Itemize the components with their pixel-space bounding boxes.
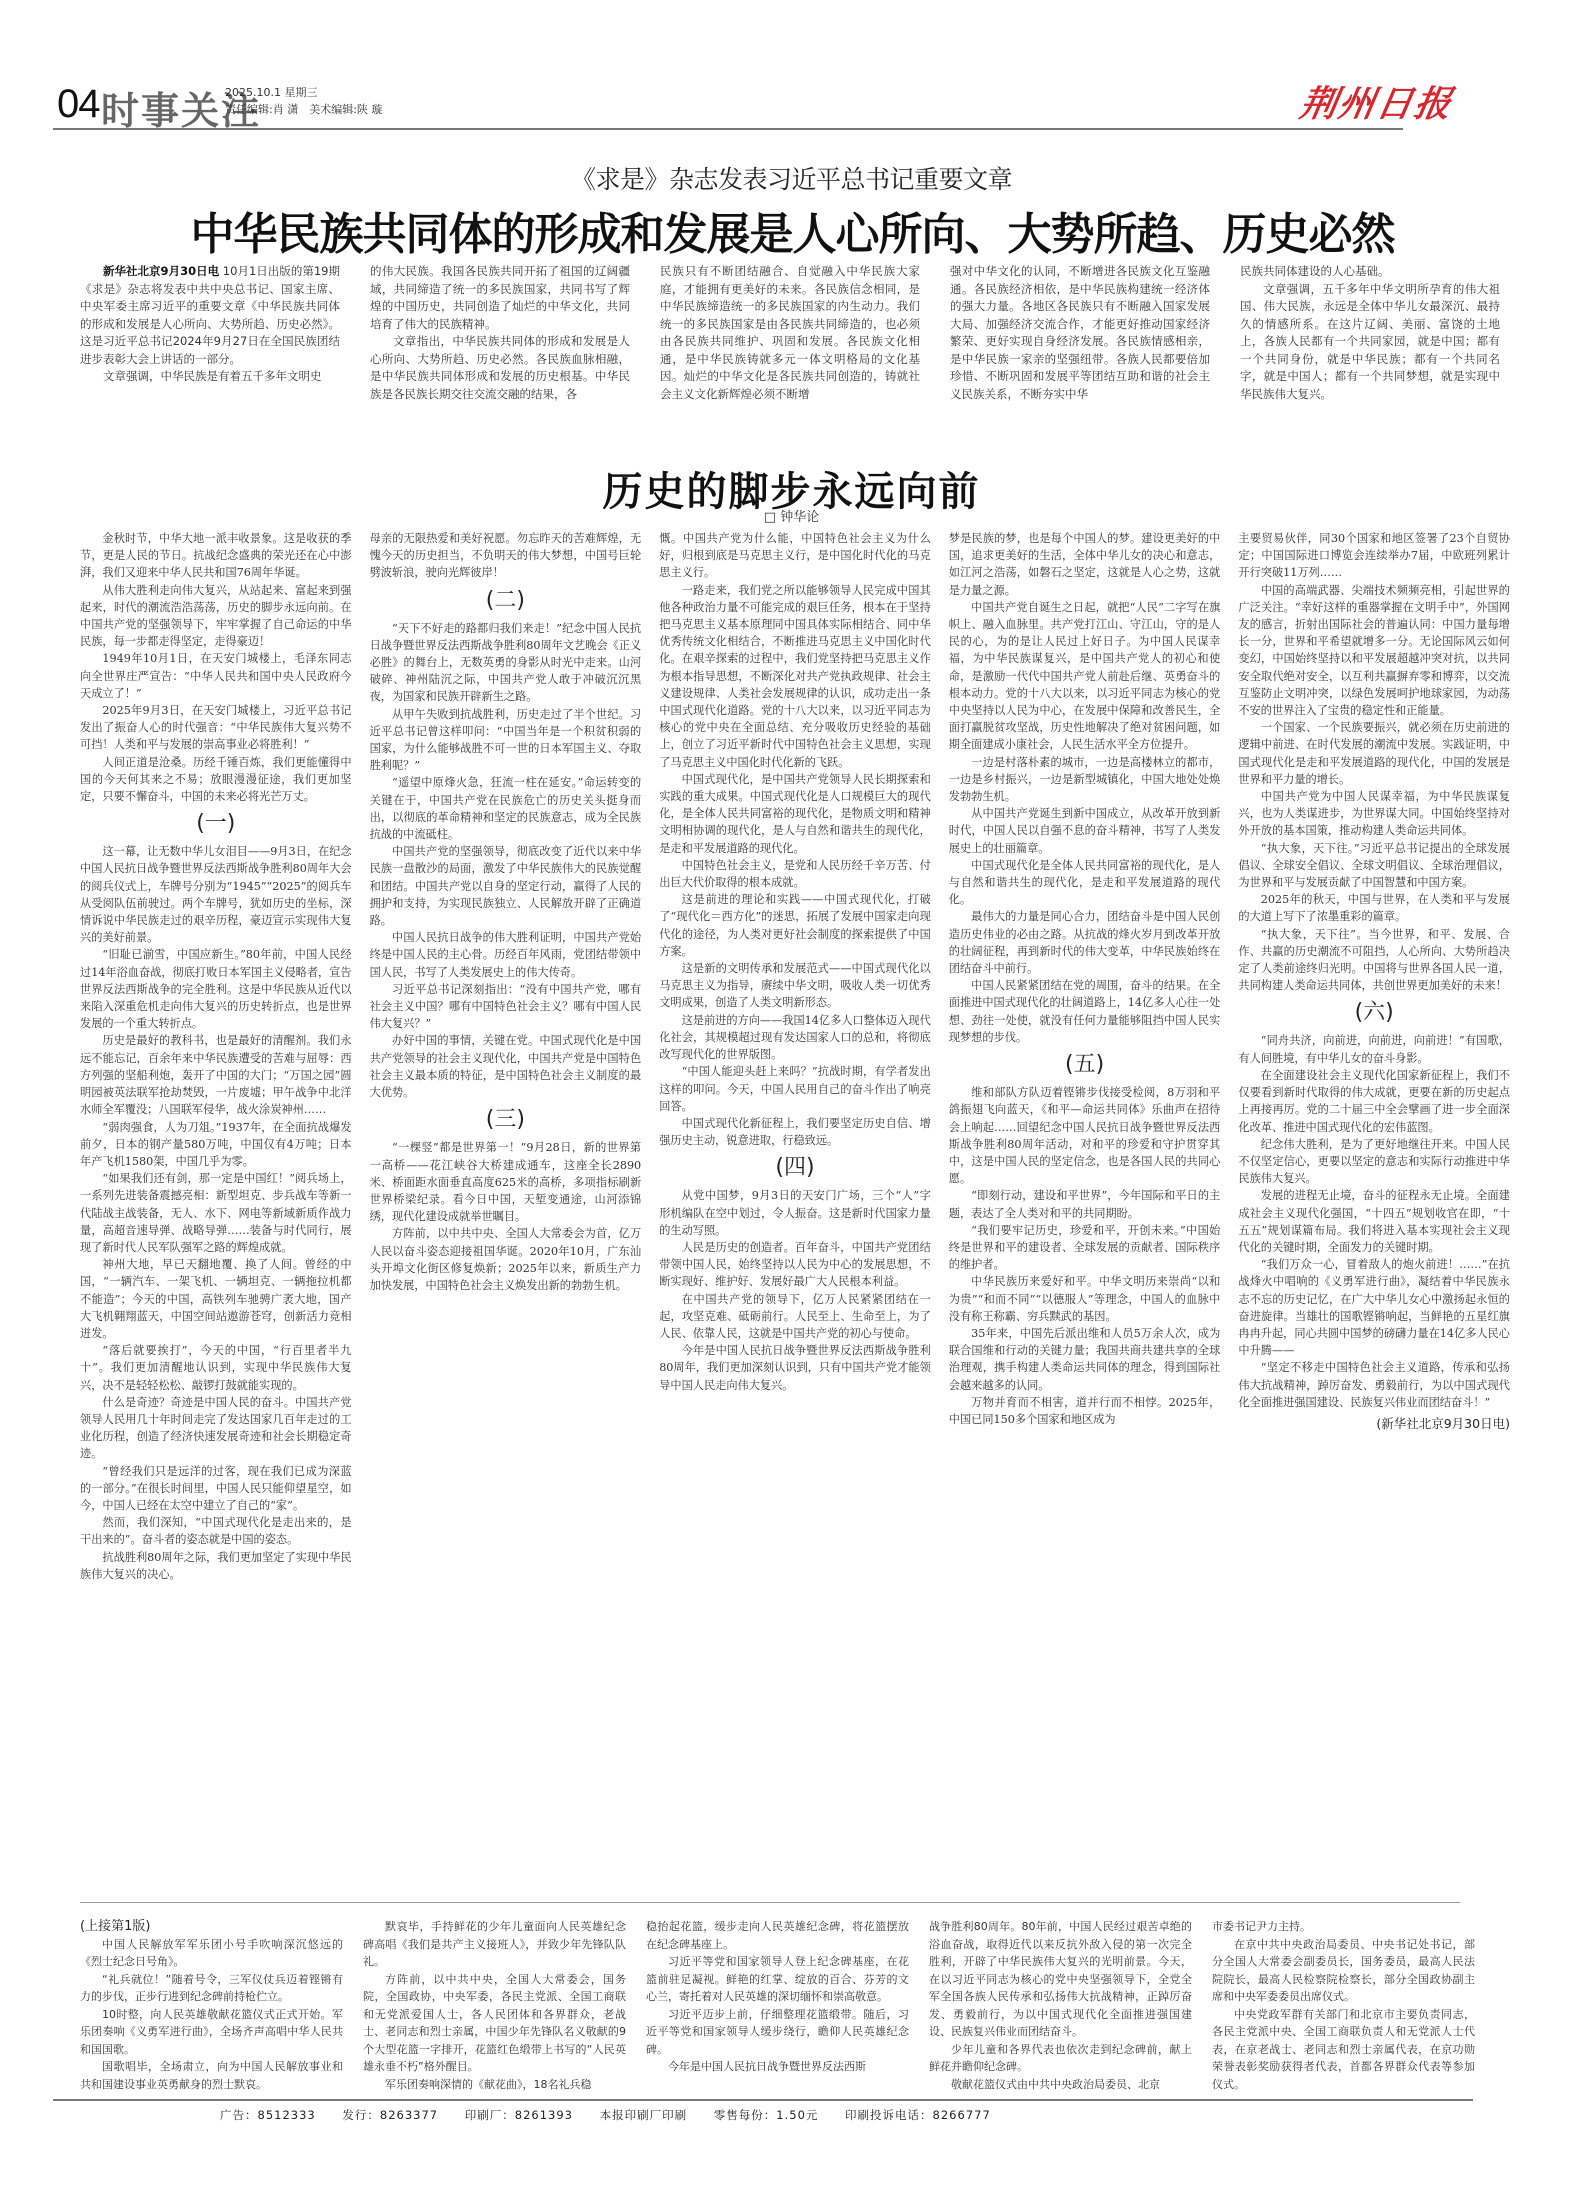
lead-column-1: 新华社北京9月30日电 10月1日出版的第19期《求是》杂志将发表中共中央总书记… (80, 263, 340, 403)
paragraph: 2025年9月3日，在天安门城楼上，习近平总书记发出了振奋人心的时代强音：“中华… (80, 702, 352, 754)
jump-article-body: (上接第1版) 中国人民解放军军乐团小号手吹响深沉悠远的《烈士纪念日号角》。 “… (80, 1918, 1475, 2093)
paragraph: 的伟大民族。我国各民族共同开拓了祖国的辽阔疆域，共同缔造了统一的多民族国家，共同… (370, 263, 630, 333)
complaint-phone: 印刷投诉电话：8266777 (845, 2108, 991, 2122)
feature-column-5: 主要贸易伙伴，同30个国家和地区签署了23个自贸协定；中国国际进口博览会连续举办… (1238, 530, 1510, 1860)
paragraph: 文章强调，中华民族是有着五千多年文明史 (80, 368, 340, 386)
paragraph: 中国共产党自诞生之日起，就把“人民”二字写在旗帜上、融入血脉里。共产党打江山、守… (949, 599, 1221, 754)
lead-article-body: 新华社北京9月30日电 10月1日出版的第19期《求是》杂志将发表中共中央总书记… (80, 263, 1510, 403)
paragraph: 习近平迈步上前，仔细整理花篮缎带。随后，习近平等党和国家领导人缓步绕行，瞻仰人民… (646, 2006, 909, 2059)
paragraph: 这是前进的方向——我国14亿多人口整体迈入现代化社会，其规模超过现有发达国家人口… (659, 1012, 931, 1064)
paragraph: “我们万众一心，冒着敌人的炮火前进！……”在抗战烽火中唱响的《义勇军进行曲》，凝… (1238, 1256, 1510, 1359)
paragraph: 1949年10月1日，在天安门城楼上，毛泽东同志向全世界庄严宣告：“中华人民共和… (80, 650, 352, 702)
paragraph: 这是前进的理论和实践——中国式现代化，打破了“现代化＝西方化”的迷思，拓展了发展… (659, 891, 931, 960)
paragraph: 文章指出，中华民族共同体的形成和发展是人心所向、大势所趋、历史必然。各民族血脉相… (370, 333, 630, 403)
paragraph: 今年是中国人民抗日战争暨世界反法西斯 (646, 2058, 909, 2076)
section-heading-3: (三) (370, 1101, 642, 1139)
paragraph: “曾经我们只是远洋的过客，现在我们已成为深蓝的一部分。”在很长时间里，中国人民只… (80, 1463, 352, 1515)
paragraph: 从伟大胜利走向伟大复兴，从站起来、富起来到强起来，时代的潮流浩浩荡荡，历史的脚步… (80, 582, 352, 651)
jump-column-2: 默哀毕，手持鲜花的少年儿童面向人民英雄纪念碑高唱《我们是共产主义接班人》，并致少… (363, 1918, 626, 2093)
paragraph: 历史是最好的教科书，也是最好的清醒剂。我们永远不能忘记，百余年来中华民族遭受的苦… (80, 1032, 352, 1118)
paragraph: 从甲午失败到抗战胜利，历史走过了半个世纪。习近平总书记曾这样叩问：“中国当年是一… (370, 706, 642, 775)
section-heading-4: (四) (659, 1149, 931, 1187)
paragraph: 军乐团奏响深情的《献花曲》，18名礼兵稳 (363, 2076, 626, 2094)
paragraph: 习近平等党和国家领导人登上纪念碑基座，在花篮前驻足凝视。鲜艳的红掌、绽放的百合、… (646, 1953, 909, 2006)
paragraph: 民族共同体建设的人心基础。 (1240, 263, 1500, 281)
page-number: 04 (57, 82, 100, 127)
feature-article-body: 金秋时节，中华大地一派丰收景象。这是收获的季节，更是人民的节日。抗战纪念盛典的荣… (80, 530, 1510, 1860)
paragraph: 今年是中国人民抗日战争暨世界反法西斯战争胜利80周年，我们更加深刻认识到，只有中… (659, 1342, 931, 1394)
section-heading-6: (六) (1238, 994, 1510, 1032)
footer-divider (53, 2099, 1473, 2101)
jump-column-4: 战争胜利80周年。80年前，中国人民经过艰苦卓绝的浴血奋战，取得近代以来反抗外敌… (929, 1918, 1192, 2093)
paragraph: 在京中共中央政治局委员、中央书记处书记，部分全国人大常委会副委员长，国务委员，最… (1212, 1936, 1475, 2006)
paragraph: 纪念伟大胜利，是为了更好地继往开来。中国人民不仅坚定信心，更要以坚定的意志和实际… (1238, 1136, 1510, 1188)
paragraph: “落后就要挨打”，今天的中国，“行百里者半九十”。我们更加清醒地认识到，实现中华… (80, 1342, 352, 1394)
paragraph: 稳抬起花篮，缓步走向人民英雄纪念碑，将花篮摆放在纪念碑基座上。 (646, 1918, 909, 1953)
paragraph: 中国人民紧紧团结在党的周围，奋斗的结果。在全面推进中国式现代化的壮阔道路上，14… (949, 977, 1221, 1046)
newspaper-logo: 荆州日报 (1296, 76, 1457, 127)
paragraph: 人民是历史的创造者。百年奋斗，中国共产党团结带领中国人民，始终坚持以人民为中心的… (659, 1239, 931, 1291)
jump-column-3: 稳抬起花篮，缓步走向人民英雄纪念碑，将花篮摆放在纪念碑基座上。 习近平等党和国家… (646, 1918, 909, 2093)
paragraph: 这是新的文明传承和发展范式——中国式现代化以马克思主义为指导，赓续中华文明，吸收… (659, 960, 931, 1012)
paragraph: 从中国共产党诞生到新中国成立，从改革开放到新时代，中国人民以自强不息的奋斗精神，… (949, 805, 1221, 857)
paragraph: 中国人民抗日战争的伟大胜利证明，中国共产党始终是中国人民的主心骨。历经百年风雨，… (370, 929, 642, 981)
paragraph: 从党中国梦，9月3日的天安门广场，三个“人”字形机编队在空中划过，令人振奋。这是… (659, 1187, 931, 1239)
paragraph: 这一幕，让无数中华儿女泪目——9月3日，在纪念中国人民抗日战争暨世界反法西斯战争… (80, 843, 352, 946)
paragraph: “如果我们还有剑，那一定是中国红！”阅兵场上，一系列先进装备震撼亮相：新型坦克、… (80, 1170, 352, 1256)
paragraph: “执大象，天下往”。当今世界，和平、发展、合作、共赢的历史潮流不可阻挡，人心所向… (1238, 926, 1510, 995)
paragraph: “中国人能迎头赶上来吗？”抗战时期，有学者发出这样的叩问。今天，中国人民用自己的… (659, 1063, 931, 1115)
paragraph: 抗战胜利80周年之际，我们更加坚定了实现中华民族伟大复兴的决心。 (80, 1549, 352, 1583)
paragraph: “弱肉强食，人为刀俎。”1937年，在全面抗战爆发前夕，日本的钢产量580万吨，… (80, 1119, 352, 1171)
paragraph: 民族只有不断团结融合、自觉融入中华民族大家庭，才能拥有更美好的未来。各民族信念相… (660, 263, 920, 403)
article-signoff: (新华社北京9月30日电) (1238, 1415, 1510, 1432)
paragraph: 中国的高端武器、尖端技术频频亮相，引起世界的广泛关注。“幸好这样的重器掌握在文明… (1238, 582, 1510, 720)
paragraph: 中国人民解放军军乐团小号手吹响深沉悠远的《烈士纪念日号角》。 (80, 1936, 343, 1971)
printer-phone: 印刷厂：8261393 (465, 2108, 573, 2122)
paragraph: 敬献花篮仪式由中共中央政治局委员、北京 (929, 2076, 1192, 2094)
paragraph: 中国式现代化是全体人民共同富裕的现代化，是人与自然和谐共生的现代化，是走和平发展… (949, 857, 1221, 909)
feature-column-3: 慨。中国共产党为什么能，中国特色社会主义为什么好，归根到底是马克思主义行，是中国… (659, 530, 931, 1860)
paragraph: “天下不好走的路都归我们来走！”纪念中国人民抗日战争暨世界反法西斯战争胜利80周… (370, 620, 642, 706)
paragraph: 战争胜利80周年。80年前，中国人民经过艰苦卓绝的浴血奋战，取得近代以来反抗外敌… (929, 1918, 1192, 2041)
paragraph: “执大象，天下往。”习近平总书记提出的全球发展倡议、全球安全倡议、全球文明倡议、… (1238, 840, 1510, 892)
paragraph: 最伟大的力量是同心合力，团结奋斗是中国人民创造历史伟业的必由之路。从抗战的烽火岁… (949, 908, 1221, 977)
paragraph: 母亲的无限热爱和美好祝愿。勿忘昨天的苦难辉煌，无愧今天的历史担当，不负明天的伟大… (370, 530, 642, 582)
paragraph: 国歌唱毕，全场肃立，向为中国人民解放事业和共和国建设事业英勇献身的烈士默哀。 (80, 2058, 343, 2093)
paragraph: 然而，我们深知，“中国式现代化是走出来的，是干出来的”。奋斗者的姿态就是中国的姿… (80, 1514, 352, 1548)
printed-by: 本报印刷厂印刷 (600, 2108, 688, 2122)
paragraph: 中央党政军群有关部门和北京市主要负责同志，各民主党派中央、全国工商联负责人和无党… (1212, 2006, 1475, 2094)
jump-column-5: 市委书记尹力主持。 在京中共中央政治局委员、中央书记处书记，部分全国人大常委会副… (1212, 1918, 1475, 2093)
paragraph: 一路走来，我们党之所以能够领导人民完成中国其他各种政治力量不可能完成的艰巨任务，… (659, 582, 931, 771)
section-heading-5: (五) (949, 1046, 1221, 1084)
paragraph: “遥望中原烽火急，狂流一柱在延安。”命运转变的关键在于，中国共产党在民族危亡的历… (370, 774, 642, 843)
paragraph: 35年来，中国先后派出维和人员5万余人次，成为联合国维和行动的关键力量；我国共商… (949, 1325, 1221, 1394)
lead-headline: 中华民族共同体的形成和发展是人心所向、大势所趋、历史必然 (75, 198, 1510, 262)
paragraph: 文章强调，五千多年中华文明所孕育的伟大祖国、伟大民族，永远是全体中华儿女最深沉、… (1240, 281, 1500, 404)
lead-column-5: 民族共同体建设的人心基础。 文章强调，五千多年中华文明所孕育的伟大祖国、伟大民族… (1240, 263, 1500, 403)
paragraph: 中国共产党为中国人民谋幸福，为中华民族谋复兴，也为人类谋进步，为世界谋大同。中国… (1238, 788, 1510, 840)
feature-column-1: 金秋时节，中华大地一派丰收景象。这是收获的季节，更是人民的节日。抗战纪念盛典的荣… (80, 530, 352, 1860)
paragraph: 中国特色社会主义，是党和人民历经千辛万苦、付出巨大代价取得的根本成就。 (659, 857, 931, 891)
feature-column-2: 母亲的无限热爱和美好祝愿。勿忘昨天的苦难辉煌，无愧今天的历史担当，不负明天的伟大… (370, 530, 642, 1860)
paragraph: 一个国家、一个民族要振兴，就必须在历史前进的逻辑中前进、在时代发展的潮流中发展。… (1238, 719, 1510, 788)
lead-column-2: 的伟大民族。我国各民族共同开拓了祖国的辽阔疆域，共同缔造了统一的多民族国家，共同… (370, 263, 630, 403)
paragraph: 神州大地，早已天翻地覆、换了人间。曾经的中国，“一辆汽车、一架飞机、一辆坦克、一… (80, 1256, 352, 1342)
paragraph: 维和部队方队迈着铿锵步伐接受检阅，8万羽和平鸽振翅飞向蓝天，《和平—命运共同体》… (949, 1084, 1221, 1187)
paragraph: 少年儿童和各界代表也依次走到纪念碑前，献上鲜花并瞻仰纪念碑。 (929, 2041, 1192, 2076)
continued-from-label: (上接第1版) (80, 1918, 343, 1936)
ad-phone: 广告：8512333 (220, 2108, 316, 2122)
paragraph: 习近平总书记深刻指出：“没有中国共产党，哪有社会主义中国？哪有中国特色社会主义？… (370, 981, 642, 1033)
lead-kicker: 《求是》杂志发表习近平总书记重要文章 (0, 160, 1583, 196)
section-heading-2: (二) (370, 582, 642, 620)
paragraph: 方阵前，以中共中央，全国人大常委会，国务院，全国政协，中央军委，各民主党派、全国… (363, 1971, 626, 2076)
editor-credits: 责任编辑:肖 潇 美术编辑:陕 璇 (225, 101, 382, 118)
paragraph: “即刻行动，建设和平世界”，今年国际和平日的主题，表达了全人类对和平的共同期盼。 (949, 1187, 1221, 1221)
section-divider (80, 1902, 1460, 1903)
paragraph: 在全面建设社会主义现代化国家新征程上，我们不仅要看到新时代取得的伟大成就，更要在… (1238, 1067, 1510, 1136)
paragraph: 中国式现代化，是中国共产党领导人民长期探索和实践的重大成果。中国式现代化是人口规… (659, 771, 931, 857)
section-heading-1: (一) (80, 805, 352, 843)
retail-price: 零售每份：1.50元 (714, 2108, 819, 2122)
issue-info: 2025.10.1 星期三 责任编辑:肖 潇 美术编辑:陕 璇 (225, 84, 382, 118)
feature-column-4: 梦是民族的梦，也是每个中国人的梦。建设更美好的中国，追求更美好的生活，全体中华儿… (949, 530, 1221, 1860)
paragraph: 万物并育而不相害，道并行而不相悖。2025年，中国已同150多个国家和地区成为 (949, 1394, 1221, 1428)
paragraph: “礼兵就位！”随着号令，三军仪仗兵迈着铿锵有力的步伐，正步行进到纪念碑前持枪伫立… (80, 1971, 343, 2006)
feature-byline: □ 钟华论 (0, 506, 1583, 525)
dateline: 新华社北京9月30日电 (103, 264, 219, 278)
paragraph: “我们要牢记历史，珍爱和平，开创未来。”中国始终是世界和平的建设者、全球发展的贡… (949, 1222, 1221, 1274)
masthead: 04 时事关注 2025.10.1 星期三 责任编辑:肖 潇 美术编辑:陕 璇 … (53, 78, 1473, 128)
distribution-phone: 发行：8263377 (342, 2108, 438, 2122)
paragraph: “坚定不移走中国特色社会主义道路，传承和弘扬伟大抗战精神，踔厉奋发、勇毅前行，为… (1238, 1359, 1510, 1411)
paragraph: 默哀毕，手持鲜花的少年儿童面向人民英雄纪念碑高唱《我们是共产主义接班人》，并致少… (363, 1918, 626, 1971)
paragraph: “一棵竖”都是世界第一！”9月28日，新的世界第一高桥——花江峡谷大桥建成通车，… (370, 1139, 642, 1225)
paragraph: 强对中华文化的认同，不断增进各民族文化互鉴融通。各民族经济相依，是中华民族构建统… (950, 263, 1210, 403)
footer: 广告：8512333 发行：8263377 印刷厂：8261393 本报印刷厂印… (220, 2107, 1013, 2123)
paragraph: 方阵前，以中共中央、全国人大常委会为首，亿万人民以奋斗姿态迎接祖国华诞。2020… (370, 1225, 642, 1294)
paragraph: 梦是民族的梦，也是每个中国人的梦。建设更美好的中国，追求更美好的生活，全体中华儿… (949, 530, 1221, 599)
jump-column-1: (上接第1版) 中国人民解放军军乐团小号手吹响深沉悠远的《烈士纪念日号角》。 “… (80, 1918, 343, 2093)
paragraph: 中国式现代化新征程上，我们要坚定历史自信、增强历史主动，锐意进取，行稳致远。 (659, 1115, 931, 1149)
paragraph: 10月1日出版的第19期《求是》杂志将发表中共中央总书记、国家主席、中央军委主席… (80, 264, 340, 366)
paragraph: “同舟共济，向前进，向前进，向前进！”有国歌，有人间胜境，有中华儿女的奋斗身影。 (1238, 1032, 1510, 1066)
paragraph: 2025年的秋天，中国与世界，在人类和平与发展的大道上写下了浓墨重彩的篇章。 (1238, 891, 1510, 925)
paragraph: 办好中国的事情，关键在党。中国式现代化是中国共产党领导的社会主义现代化，中国共产… (370, 1032, 642, 1101)
issue-date: 2025.10.1 星期三 (225, 84, 382, 101)
paragraph: 慨。中国共产党为什么能，中国特色社会主义为什么好，归根到底是马克思主义行，是中国… (659, 530, 931, 582)
paragraph: 中国共产党的坚强领导，彻底改变了近代以来中华民族一盘散沙的局面，激发了中华民族伟… (370, 843, 642, 929)
masthead-divider (53, 128, 1403, 130)
paragraph: 发展的进程无止境，奋斗的征程永无止境。全面建成社会主义现代化强国，“十四五”规划… (1238, 1187, 1510, 1256)
paragraph: 什么是奇迹？奇迹是中国人民的奋斗。中国共产党领导人民用几十年时间走完了发达国家几… (80, 1394, 352, 1463)
paragraph: “旧耻已湔雪，中国应新生。”80年前，中国人民经过14年浴血奋战，彻底打败日本军… (80, 946, 352, 1032)
paragraph: 一边是村落朴素的城市，一边是高楼林立的都市，一边是乡村振兴，一边是新型城镇化，中… (949, 754, 1221, 806)
paragraph: 人间正道是沧桑。历经千锤百炼，我们更能懂得中国的今天何其来之不易；放眼漫漫征途，… (80, 754, 352, 806)
paragraph: 市委书记尹力主持。 (1212, 1918, 1475, 1936)
paragraph: 中华民族历来爱好和平。中华文明历来崇尚“以和为贵”“和而不同”“以德服人”等理念… (949, 1273, 1221, 1325)
paragraph: 10时整，向人民英雄敬献花篮仪式正式开始。军乐团奏响《义勇军进行曲》，全场齐声高… (80, 2006, 343, 2059)
paragraph: 金秋时节，中华大地一派丰收景象。这是收获的季节，更是人民的节日。抗战纪念盛典的荣… (80, 530, 352, 582)
paragraph: 在中国共产党的领导下，亿万人民紧紧团结在一起，攻坚克难、砥砺前行。人民至上、生命… (659, 1291, 931, 1343)
lead-column-3: 民族只有不断团结融合、自觉融入中华民族大家庭，才能拥有更美好的未来。各民族信念相… (660, 263, 920, 403)
lead-column-4: 强对中华文化的认同，不断增进各民族文化互鉴融通。各民族经济相依，是中华民族构建统… (950, 263, 1210, 403)
paragraph: 主要贸易伙伴，同30个国家和地区签署了23个自贸协定；中国国际进口博览会连续举办… (1238, 530, 1510, 582)
